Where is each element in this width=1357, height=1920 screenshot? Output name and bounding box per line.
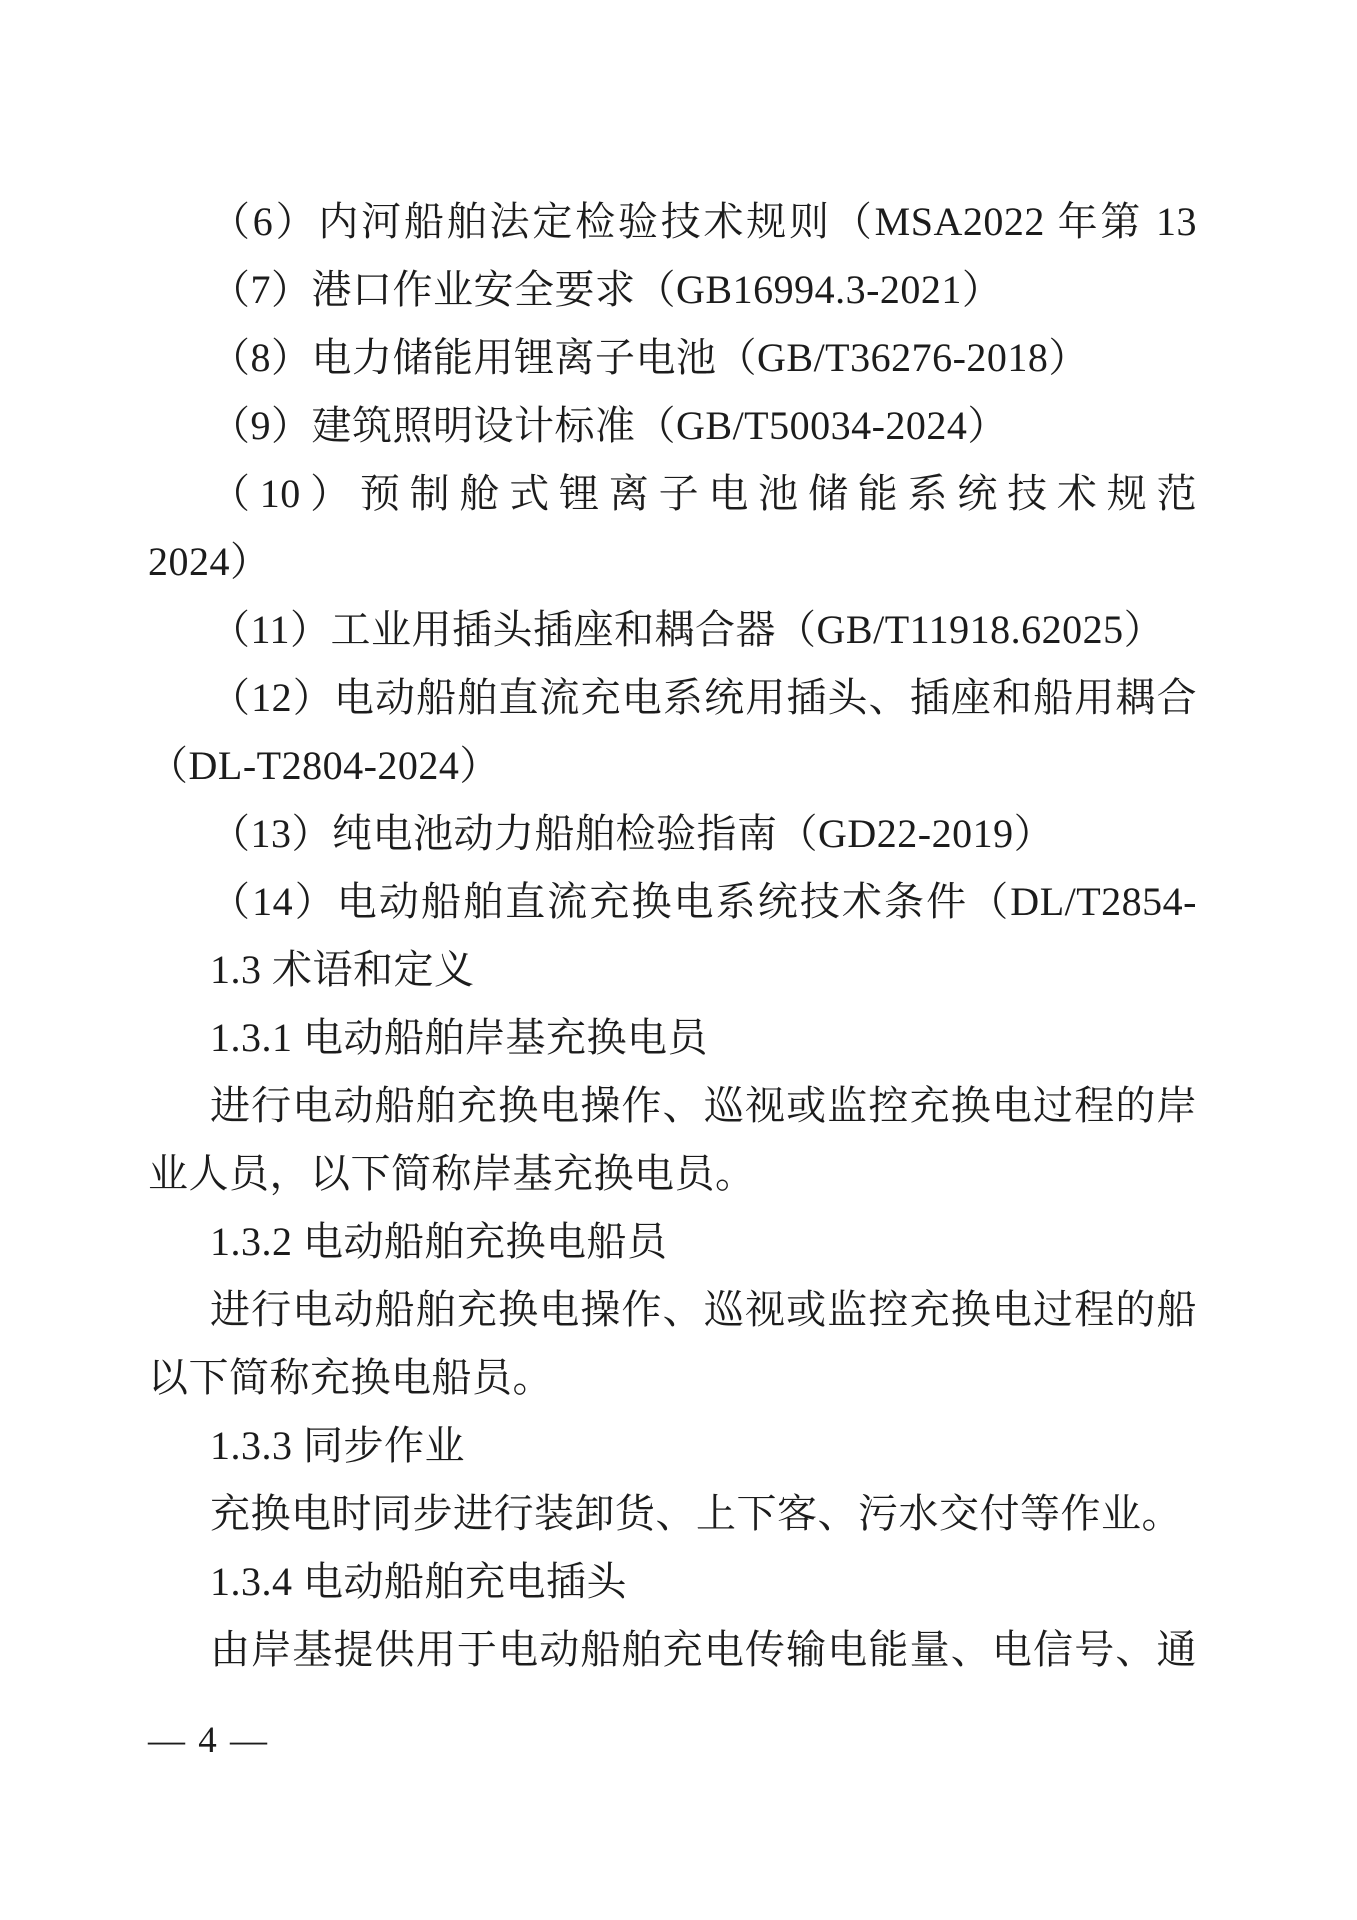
- document-page: （6）内河船舶法定检验技术规则（MSA2022 年第 13 号公告）（7）港口作…: [0, 0, 1357, 1920]
- reference-item-12: （12）电动船舶直流充电系统用插头、插座和船用耦合器: [148, 664, 1197, 732]
- page-footer: — 4 —: [148, 1715, 269, 1767]
- term-definition-1-3-1-line-2: 业人员，以下简称岸基充换电员。: [148, 1140, 1197, 1208]
- reference-item-12-continuation: （DL-T2804-2024）: [148, 732, 1197, 800]
- reference-item-13: （13）纯电池动力船舶检验指南（GD22-2019）: [148, 800, 1197, 868]
- section-heading-1-3: 1.3 术语和定义: [148, 936, 1197, 1004]
- reference-item-10-continuation: 2024）: [148, 528, 1197, 596]
- term-definition-1-3-4-line-1: 由岸基提供用于电动船舶充电传输电能量、电信号、通信数: [148, 1616, 1197, 1684]
- reference-item-9: （9）建筑照明设计标准（GB/T50034-2024）: [148, 392, 1197, 460]
- term-definition-1-3-2-line-1: 进行电动船舶充换电操作、巡视或监控充换电过程的船员，: [148, 1276, 1197, 1344]
- reference-item-11: （11）工业用插头插座和耦合器（GB/T11918.62025）: [148, 596, 1197, 664]
- reference-item-14: （14）电动船舶直流充换电系统技术条件（DL/T2854-2024）: [148, 868, 1197, 936]
- reference-item-7: （7）港口作业安全要求（GB16994.3-2021）: [148, 256, 1197, 324]
- reference-item-6: （6）内河船舶法定检验技术规则（MSA2022 年第 13 号公告）: [148, 188, 1197, 256]
- reference-item-10: （10）预制舱式锂离子电池储能系统技术规范（GB/T44026-: [148, 460, 1197, 528]
- reference-item-8: （8）电力储能用锂离子电池（GB/T36276-2018）: [148, 324, 1197, 392]
- page-number: — 4 —: [148, 1720, 269, 1761]
- term-heading-1-3-2: 1.3.2 电动船舶充换电船员: [148, 1208, 1197, 1276]
- term-heading-1-3-3: 1.3.3 同步作业: [148, 1412, 1197, 1480]
- term-heading-1-3-1: 1.3.1 电动船舶岸基充换电员: [148, 1004, 1197, 1072]
- term-definition-1-3-2-line-2: 以下简称充换电船员。: [148, 1344, 1197, 1412]
- term-definition-1-3-3: 充换电时同步进行装卸货、上下客、污水交付等作业。: [148, 1480, 1197, 1548]
- document-body: （6）内河船舶法定检验技术规则（MSA2022 年第 13 号公告）（7）港口作…: [148, 188, 1197, 1684]
- term-heading-1-3-4: 1.3.4 电动船舶充电插头: [148, 1548, 1197, 1616]
- term-definition-1-3-1-line-1: 进行电动船舶充换电操作、巡视或监控充换电过程的岸基专: [148, 1072, 1197, 1140]
